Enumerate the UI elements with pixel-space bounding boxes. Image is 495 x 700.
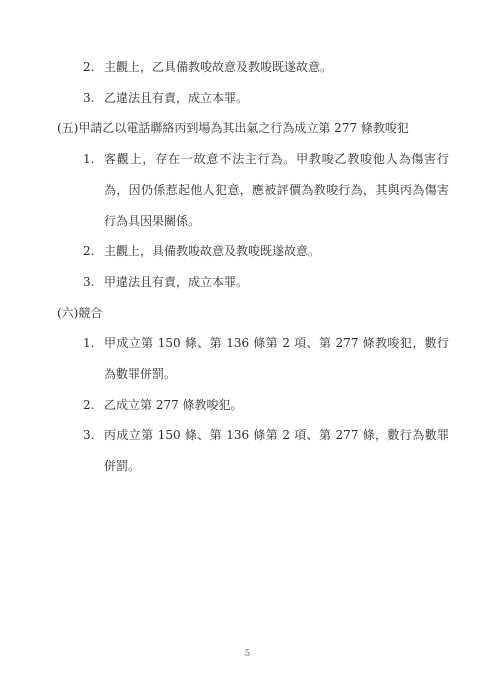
document-body: 2.主觀上，乙具備教唆故意及教唆既遂故意。3.乙違法且有責，成立本罪。(五)甲請…: [0, 52, 495, 482]
numbered-item: 3.乙違法且有責，成立本罪。: [104, 83, 449, 114]
numbered-item: 1.甲成立第 150 條、第 136 條第 2 項、第 277 條教唆犯，數行為…: [104, 328, 449, 389]
item-text: 主觀上，具備教唆故意及教唆既遂故意。: [104, 244, 320, 258]
item-number: 3.: [83, 420, 94, 451]
section-heading: (五)甲請乙以電話聯絡丙到場為其出氣之行為成立第 277 條教唆犯: [57, 113, 451, 144]
numbered-item: 2.主觀上，乙具備教唆故意及教唆既遂故意。: [104, 52, 449, 83]
item-text: 客觀上，存在一故意不法主行為。甲教唆乙教唆他人為傷害行為，因仍係惹起他人犯意，應…: [104, 152, 449, 227]
numbered-item: 2.乙成立第 277 條教唆犯。: [104, 390, 449, 421]
page-number: 5: [0, 649, 495, 659]
item-number: 2.: [83, 390, 94, 421]
item-text: 主觀上，乙具備教唆故意及教唆既遂故意。: [104, 60, 332, 74]
section-heading-text: (五)甲請乙以電話聯絡丙到場為其出氣之行為成立第 277 條教唆犯: [57, 121, 409, 135]
item-number: 1.: [83, 144, 94, 175]
item-number: 3.: [83, 83, 94, 114]
numbered-item: 1.客觀上，存在一故意不法主行為。甲教唆乙教唆他人為傷害行為，因仍係惹起他人犯意…: [104, 144, 449, 236]
numbered-item: 2.主觀上，具備教唆故意及教唆既遂故意。: [104, 236, 449, 267]
numbered-item: 3.甲違法且有責，成立本罪。: [104, 267, 449, 298]
item-number: 1.: [83, 328, 94, 359]
section-heading-text: (六)競合: [57, 306, 102, 320]
item-text: 甲成立第 150 條、第 136 條第 2 項、第 277 條教唆犯，數行為數罪…: [104, 336, 449, 381]
document-page: 2.主觀上，乙具備教唆故意及教唆既遂故意。3.乙違法且有責，成立本罪。(五)甲請…: [0, 0, 495, 700]
item-number: 2.: [83, 52, 94, 83]
item-number: 2.: [83, 236, 94, 267]
item-text: 丙成立第 150 條、第 136 條第 2 項、第 277 條，數行為數罪併罰。: [104, 428, 449, 473]
section-heading: (六)競合: [57, 298, 451, 329]
item-text: 乙成立第 277 條教唆犯。: [104, 398, 243, 412]
numbered-item: 3.丙成立第 150 條、第 136 條第 2 項、第 277 條，數行為數罪併…: [104, 420, 449, 481]
item-text: 乙違法且有責，成立本罪。: [104, 91, 248, 105]
item-text: 甲違法且有責，成立本罪。: [104, 275, 248, 289]
item-number: 3.: [83, 267, 94, 298]
